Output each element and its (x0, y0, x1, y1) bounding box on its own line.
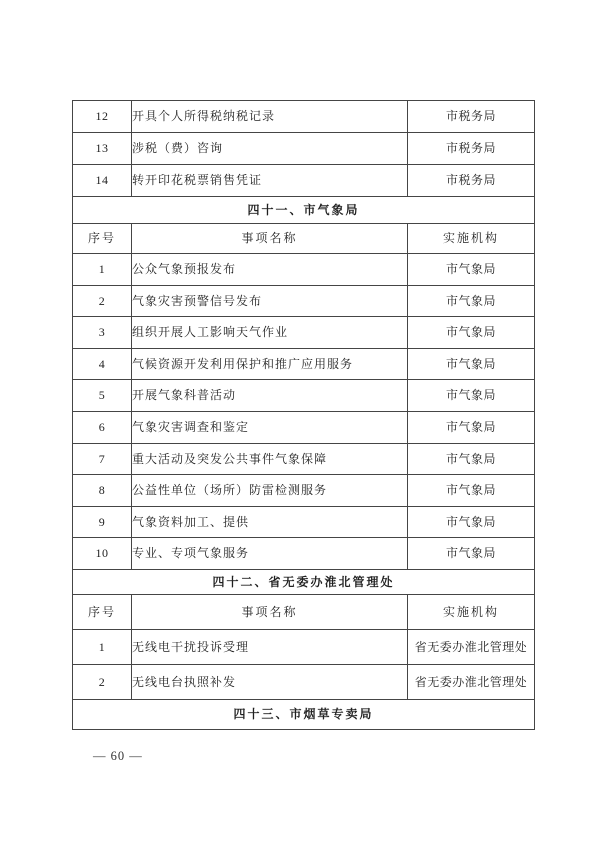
table-row: 14 转开印花税票销售凭证 市税务局 (73, 165, 535, 197)
table-row: 13 涉税（费）咨询 市税务局 (73, 133, 535, 165)
table-row: 10 专业、专项气象服务 市气象局 (73, 538, 535, 570)
section-title: 四十二、省无委办淮北管理处 (73, 569, 535, 594)
row-implementing-org: 市气象局 (408, 443, 535, 475)
row-item-name: 气象资料加工、提供 (132, 506, 408, 538)
table-row: 6 气象灾害调查和鉴定 市气象局 (73, 411, 535, 443)
row-item-name: 专业、专项气象服务 (132, 538, 408, 570)
row-implementing-org: 市气象局 (408, 538, 535, 570)
header-serial-number: 序号 (73, 224, 132, 254)
table-row: 9 气象资料加工、提供 市气象局 (73, 506, 535, 538)
table-header-row: 序号 事项名称 实施机构 (73, 594, 535, 629)
row-serial-number: 4 (73, 348, 132, 380)
header-item-name: 事项名称 (132, 224, 408, 254)
row-item-name: 涉税（费）咨询 (132, 133, 408, 165)
row-implementing-org: 市气象局 (408, 411, 535, 443)
table-row: 4 气候资源开发利用保护和推广应用服务 市气象局 (73, 348, 535, 380)
row-implementing-org: 市气象局 (408, 254, 535, 286)
row-implementing-org: 市气象局 (408, 475, 535, 507)
row-implementing-org: 市税务局 (408, 101, 535, 133)
section-title: 四十三、市烟草专卖局 (73, 699, 535, 729)
row-item-name: 开展气象科普活动 (132, 380, 408, 412)
table-row: 3 组织开展人工影响天气作业 市气象局 (73, 317, 535, 349)
table-row: 1 无线电干扰投诉受理 省无委办淮北管理处 (73, 629, 535, 664)
row-item-name: 公益性单位（场所）防雷检测服务 (132, 475, 408, 507)
header-serial-number: 序号 (73, 594, 132, 629)
row-serial-number: 7 (73, 443, 132, 475)
table-header-row: 序号 事项名称 实施机构 (73, 224, 535, 254)
row-implementing-org: 市税务局 (408, 133, 535, 165)
row-item-name: 转开印花税票销售凭证 (132, 165, 408, 197)
table-row: 12 开具个人所得税纳税记录 市税务局 (73, 101, 535, 133)
section-title-row: 四十二、省无委办淮北管理处 (73, 569, 535, 594)
row-implementing-org: 省无委办淮北管理处 (408, 664, 535, 699)
row-item-name: 无线电干扰投诉受理 (132, 629, 408, 664)
section-title: 四十一、市气象局 (73, 197, 535, 224)
row-implementing-org: 市气象局 (408, 285, 535, 317)
services-table: 12 开具个人所得税纳税记录 市税务局 13 涉税（费）咨询 市税务局 14 转… (72, 100, 535, 730)
row-item-name: 公众气象预报发布 (132, 254, 408, 286)
row-serial-number: 5 (73, 380, 132, 412)
row-item-name: 气象灾害预警信号发布 (132, 285, 408, 317)
row-item-name: 气象灾害调查和鉴定 (132, 411, 408, 443)
section-title-row: 四十三、市烟草专卖局 (73, 699, 535, 729)
table-row: 5 开展气象科普活动 市气象局 (73, 380, 535, 412)
row-serial-number: 6 (73, 411, 132, 443)
table-row: 1 公众气象预报发布 市气象局 (73, 254, 535, 286)
table-row: 7 重大活动及突发公共事件气象保障 市气象局 (73, 443, 535, 475)
header-item-name: 事项名称 (132, 594, 408, 629)
row-item-name: 重大活动及突发公共事件气象保障 (132, 443, 408, 475)
row-implementing-org: 市税务局 (408, 165, 535, 197)
header-implementing-org: 实施机构 (408, 594, 535, 629)
row-item-name: 开具个人所得税纳税记录 (132, 101, 408, 133)
services-table-body: 12 开具个人所得税纳税记录 市税务局 13 涉税（费）咨询 市税务局 14 转… (73, 101, 535, 730)
row-implementing-org: 市气象局 (408, 506, 535, 538)
row-serial-number: 1 (73, 254, 132, 286)
row-serial-number: 13 (73, 133, 132, 165)
table-row: 8 公益性单位（场所）防雷检测服务 市气象局 (73, 475, 535, 507)
row-serial-number: 12 (73, 101, 132, 133)
row-serial-number: 8 (73, 475, 132, 507)
table-row: 2 无线电台执照补发 省无委办淮北管理处 (73, 664, 535, 699)
row-implementing-org: 市气象局 (408, 380, 535, 412)
row-item-name: 组织开展人工影响天气作业 (132, 317, 408, 349)
row-serial-number: 2 (73, 664, 132, 699)
row-item-name: 无线电台执照补发 (132, 664, 408, 699)
row-implementing-org: 市气象局 (408, 317, 535, 349)
section-title-row: 四十一、市气象局 (73, 197, 535, 224)
row-serial-number: 2 (73, 285, 132, 317)
document-page: 12 开具个人所得税纳税记录 市税务局 13 涉税（费）咨询 市税务局 14 转… (0, 0, 600, 848)
row-serial-number: 9 (73, 506, 132, 538)
row-implementing-org: 市气象局 (408, 348, 535, 380)
table-row: 2 气象灾害预警信号发布 市气象局 (73, 285, 535, 317)
row-implementing-org: 省无委办淮北管理处 (408, 629, 535, 664)
row-serial-number: 1 (73, 629, 132, 664)
row-serial-number: 14 (73, 165, 132, 197)
header-implementing-org: 实施机构 (408, 224, 535, 254)
row-serial-number: 3 (73, 317, 132, 349)
row-item-name: 气候资源开发利用保护和推广应用服务 (132, 348, 408, 380)
page-number: — 60 — (93, 749, 143, 764)
row-serial-number: 10 (73, 538, 132, 570)
